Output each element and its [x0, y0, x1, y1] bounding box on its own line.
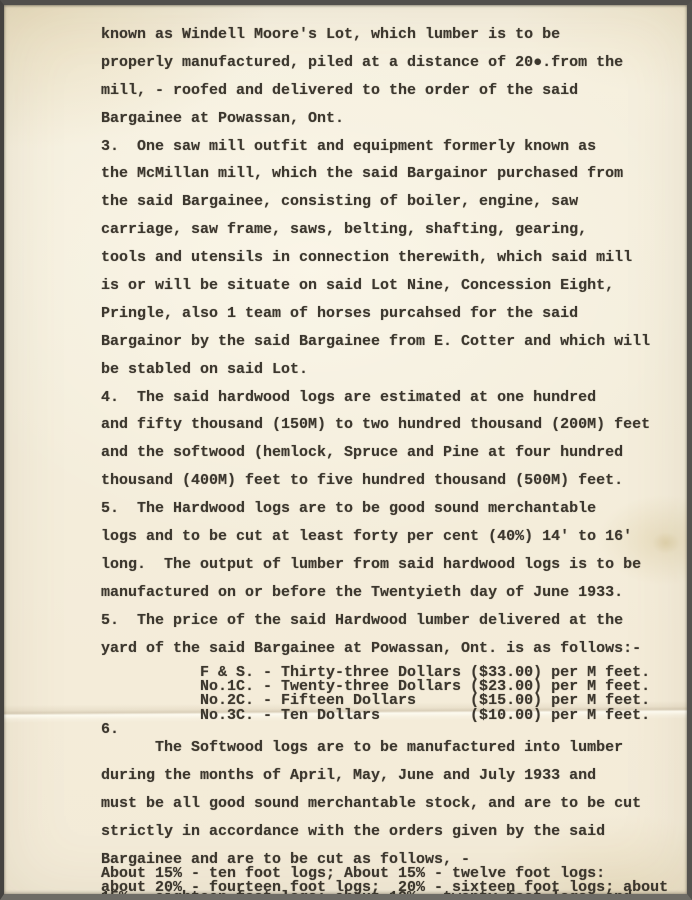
text-body: known as Windell Moore's Lot, which lumb… — [0, 0, 692, 900]
text-line: Pringle, also 1 team of horses purcahsed… — [101, 307, 692, 321]
text-line: long. The output of lumber from said har… — [101, 558, 692, 572]
text-line: 5. The price of the said Hardwood lumber… — [101, 614, 692, 628]
text-block: F & S. - Thirty-three Dollars ($33.00) p… — [101, 666, 692, 723]
text-line: yard of the said Bargainee at Powassan, … — [101, 642, 692, 656]
text-line: 6. — [101, 723, 692, 737]
text-line: logs and to be cut at least forty per ce… — [101, 530, 692, 544]
text-line: tools and utensils in connection therewi… — [101, 251, 692, 265]
text-line: No.3C. - Ten Dollars ($10.00) per M feet… — [101, 709, 692, 723]
text-line: the McMillan mill, which the said Bargai… — [101, 167, 692, 181]
text-line: 3. One saw mill outfit and equipment for… — [101, 140, 692, 154]
text-line: during the months of April, May, June an… — [101, 769, 692, 783]
text-block: 6. — [101, 723, 692, 737]
text-line: be stabled on said Lot. — [101, 363, 692, 377]
text-line: thousand (400M) feet to five hundred tho… — [101, 474, 692, 488]
text-line: and the softwood (hemlock, Spruce and Pi… — [101, 446, 692, 460]
text-line: strictly in accordance with the orders g… — [101, 825, 692, 839]
text-line: mill, - roofed and delivered to the orde… — [101, 84, 692, 98]
document-scan: known as Windell Moore's Lot, which lumb… — [0, 0, 692, 900]
text-line: is or will be situate on said Lot Nine, … — [101, 279, 692, 293]
text-line: carriage, saw frame, saws, belting, shaf… — [101, 223, 692, 237]
text-block: The Softwood logs are to be manufactured… — [101, 741, 692, 867]
text-line: and fifty thousand (150M) to two hundred… — [101, 418, 692, 432]
text-line: manufactured on or before the Twentyieth… — [101, 586, 692, 600]
text-line: known as Windell Moore's Lot, which lumb… — [101, 28, 692, 42]
text-line: must be all good sound merchantable stoc… — [101, 797, 692, 811]
text-line: The Softwood logs are to be manufactured… — [101, 741, 692, 755]
text-block: known as Windell Moore's Lot, which lumb… — [101, 28, 692, 656]
text-line: 5. The Hardwood logs are to be good soun… — [101, 502, 692, 516]
text-line: 15% - eighteen foot logs; about 10% - tw… — [101, 891, 692, 900]
text-line: properly manufactured, piled at a distan… — [101, 56, 692, 70]
text-line: 4. The said hardwood logs are estimated … — [101, 391, 692, 405]
text-line: Bargainor by the said Bargainee from E. … — [101, 335, 692, 349]
text-line: the said Bargainee, consisting of boiler… — [101, 195, 692, 209]
text-line: Bargainee at Powassan, Ont. — [101, 112, 692, 126]
text-block: 15% - eighteen foot logs; about 10% - tw… — [101, 891, 692, 900]
